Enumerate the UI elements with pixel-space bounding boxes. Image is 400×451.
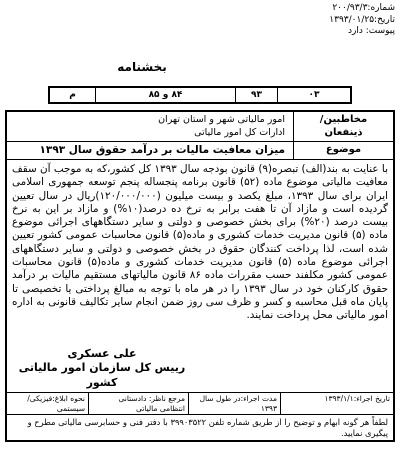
classification-cell-year: ۹۳ [236, 88, 278, 102]
execution-date-cell: تاریخ اجراء:۱۳۹۳/۱/۱ [281, 393, 393, 414]
notification-method-cell: نحوه ابلاغ:فیزیکی/سیستمی [7, 393, 89, 414]
subject-label: موضوع [293, 142, 393, 159]
subject-value: میزان معافیت مالیات بر درآمد حقوق سال ۱۳… [7, 142, 293, 159]
classification-cell-type: ۰۳ [278, 88, 350, 102]
classification-cell-category: م [50, 88, 96, 102]
contact-note: لطفاً هر گونه ابهام و توضیح را از طریق ش… [7, 415, 393, 440]
letter-attachment: پیوست: دارد [329, 26, 395, 38]
letter-date: تاریخ:۱۳۹۳/۰۱/۲۵ [329, 15, 395, 27]
circular-document-page: شماره:۲۰۰/۹۳/۳ تاریخ:۱۳۹۳/۰۱/۲۵ پیوست: د… [0, 0, 400, 451]
signer-name: علی عسکری [13, 347, 191, 362]
body-text: با عنایت به بند(الف) تبصره(۹) قانون بودج… [12, 163, 388, 323]
main-table: مخاطبین/ ذینفعان امور مالیاتی شهر و استا… [5, 110, 395, 442]
addressees-label-line2: ذینفعان [296, 127, 391, 140]
addressees-label: مخاطبین/ ذینفعان [293, 112, 393, 141]
classification-cell-articles: ۸۴ و ۸۵ [96, 88, 236, 102]
letter-number: شماره:۲۰۰/۹۳/۳ [329, 3, 395, 15]
supervising-authority-cell: مرجع ناظر: دادستانی انتظامی مالیاتی [89, 393, 189, 414]
classification-table: ۰۳ ۹۳ ۸۴ و ۸۵ م [48, 86, 352, 104]
addressees-line2: ادارات کل امور مالیاتی [15, 127, 285, 140]
execution-info-row: تاریخ اجراء:۱۳۹۳/۱/۱ مدت اجراء:در طول سا… [7, 393, 393, 415]
addressees-line1: امور مالیاتی شهر و استان تهران [15, 114, 285, 127]
document-title: بخشنامه [92, 60, 192, 74]
addressees-row: مخاطبین/ ذینفعان امور مالیاتی شهر و استا… [7, 112, 393, 142]
execution-duration-cell: مدت اجراء:در طول سال ۱۳۹۳ [189, 393, 281, 414]
subject-row: موضوع میزان معافیت مالیات بر درآمد حقوق … [7, 142, 393, 160]
addressees-label-line1: مخاطبین/ [296, 114, 391, 127]
signer-role: رییس کل سازمان امور مالیاتی کشور [13, 361, 191, 390]
signature-block: علی عسکری رییس کل سازمان امور مالیاتی کش… [13, 347, 191, 391]
letter-meta-block: شماره:۲۰۰/۹۳/۳ تاریخ:۱۳۹۳/۰۱/۲۵ پیوست: د… [329, 3, 395, 38]
addressees-value: امور مالیاتی شهر و استان تهران ادارات کل… [7, 112, 293, 141]
body-section: با عنایت به بند(الف) تبصره(۹) قانون بودج… [7, 160, 393, 393]
